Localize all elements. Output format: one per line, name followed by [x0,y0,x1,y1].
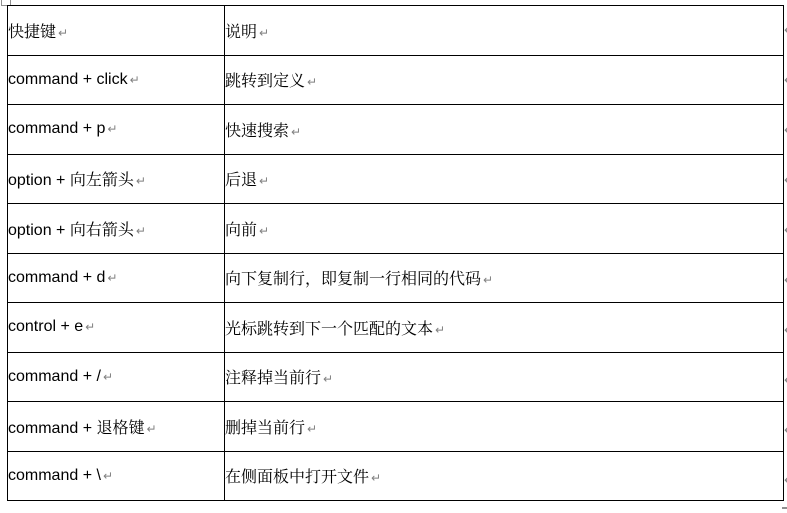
paragraph-mark-icon: ↵ [323,372,333,386]
shortcut-cell[interactable]: option + 向左箭头↵ [8,154,225,204]
paragraph-mark-after-table-icon [782,507,787,509]
paragraph-mark-icon: ↵ [136,174,146,188]
shortcut-cell[interactable]: command + d↵ [8,253,225,303]
paragraph-mark-icon: ↵ [58,26,68,40]
shortcut-text: option + 向左箭头 [8,172,134,189]
paragraph-mark-icon: ↵ [483,273,493,287]
description-text: 注释掉当前行 [225,370,321,387]
table-row: control + e↵ 光标跳转到下一个匹配的文本↵ [8,303,784,353]
paragraph-mark-icon: ↵ [103,469,113,483]
table-row: command + 退格键↵ 删掉当前行↵ [8,402,784,452]
document-page: 快捷键↵ 说明↵ command + click↵ 跳转到定义↵ command… [0,0,787,513]
description-cell[interactable]: 跳转到定义↵ [225,55,784,105]
description-text: 光标跳转到下一个匹配的文本 [225,321,433,338]
table-row: command + \↵ 在侧面板中打开文件↵ [8,451,784,501]
shortcut-cell[interactable]: command + p↵ [8,105,225,155]
shortcut-cell[interactable]: command + click↵ [8,55,225,105]
shortcut-text: command + 退格键 [8,420,145,437]
paragraph-mark-icon: ↵ [147,422,157,436]
header-cell-shortcut[interactable]: 快捷键↵ [8,6,225,56]
description-cell[interactable]: 后退↵ [225,154,784,204]
description-text: 删掉当前行 [225,420,305,437]
shortcut-text: command + click [8,71,128,88]
description-cell[interactable]: 快速搜索↵ [225,105,784,155]
header-cell-description[interactable]: 说明↵ [225,6,784,56]
paragraph-mark-icon: ↵ [259,174,269,188]
paragraph-mark-icon: ↵ [103,370,113,384]
paragraph-mark-icon: ↵ [371,471,381,485]
table-row: command + d↵ 向下复制行，即复制一行相同的代码↵ [8,253,784,303]
shortcut-cell[interactable]: command + 退格键↵ [8,402,225,452]
shortcut-text: command + p [8,120,105,137]
shortcuts-table: 快捷键↵ 说明↵ command + click↵ 跳转到定义↵ command… [7,5,784,501]
table-header-row: 快捷键↵ 说明↵ [8,6,784,56]
description-cell[interactable]: 删掉当前行↵ [225,402,784,452]
paragraph-mark-icon: ↵ [307,75,317,89]
paragraph-mark-icon: ↵ [107,271,117,285]
shortcut-text: command + \ [8,467,101,484]
table-row: option + 向左箭头↵ 后退↵ [8,154,784,204]
shortcut-cell[interactable]: control + e↵ [8,303,225,353]
description-cell[interactable]: 在侧面板中打开文件↵ [225,451,784,501]
description-cell[interactable]: 向前↵ [225,204,784,254]
description-cell[interactable]: 向下复制行，即复制一行相同的代码↵ [225,253,784,303]
description-text: 后退 [225,172,257,189]
paragraph-mark-icon: ↵ [136,224,146,238]
header-shortcut-label: 快捷键 [8,24,56,41]
paragraph-mark-icon: ↵ [85,320,95,334]
shortcut-cell[interactable]: command + \↵ [8,451,225,501]
table-row: command + p↵ 快速搜索↵ [8,105,784,155]
shortcut-text: command + d [8,269,105,286]
shortcut-text: command + / [8,368,101,385]
header-description-label: 说明 [225,24,257,41]
description-text: 向下复制行，即复制一行相同的代码 [225,271,481,288]
paragraph-mark-icon: ↵ [435,323,445,337]
description-text: 向前 [225,222,257,239]
table-row: command + /↵ 注释掉当前行↵ [8,352,784,402]
shortcut-cell[interactable]: command + /↵ [8,352,225,402]
paragraph-mark-icon: ↵ [307,422,317,436]
description-text: 在侧面板中打开文件 [225,469,369,486]
description-text: 快速搜索 [225,123,289,140]
paragraph-mark-icon: ↵ [130,73,140,87]
description-text: 跳转到定义 [225,73,305,90]
paragraph-mark-icon: ↵ [291,125,301,139]
shortcut-text: control + e [8,318,83,335]
paragraph-mark-icon: ↵ [259,26,269,40]
table-row: command + click↵ 跳转到定义↵ [8,55,784,105]
paragraph-mark-icon: ↵ [107,122,117,136]
paragraph-mark-icon: ↵ [259,224,269,238]
shortcut-text: option + 向右箭头 [8,222,134,239]
shortcut-cell[interactable]: option + 向右箭头↵ [8,204,225,254]
description-cell[interactable]: 注释掉当前行↵ [225,352,784,402]
table-row: option + 向右箭头↵ 向前↵ [8,204,784,254]
description-cell[interactable]: 光标跳转到下一个匹配的文本↵ [225,303,784,353]
